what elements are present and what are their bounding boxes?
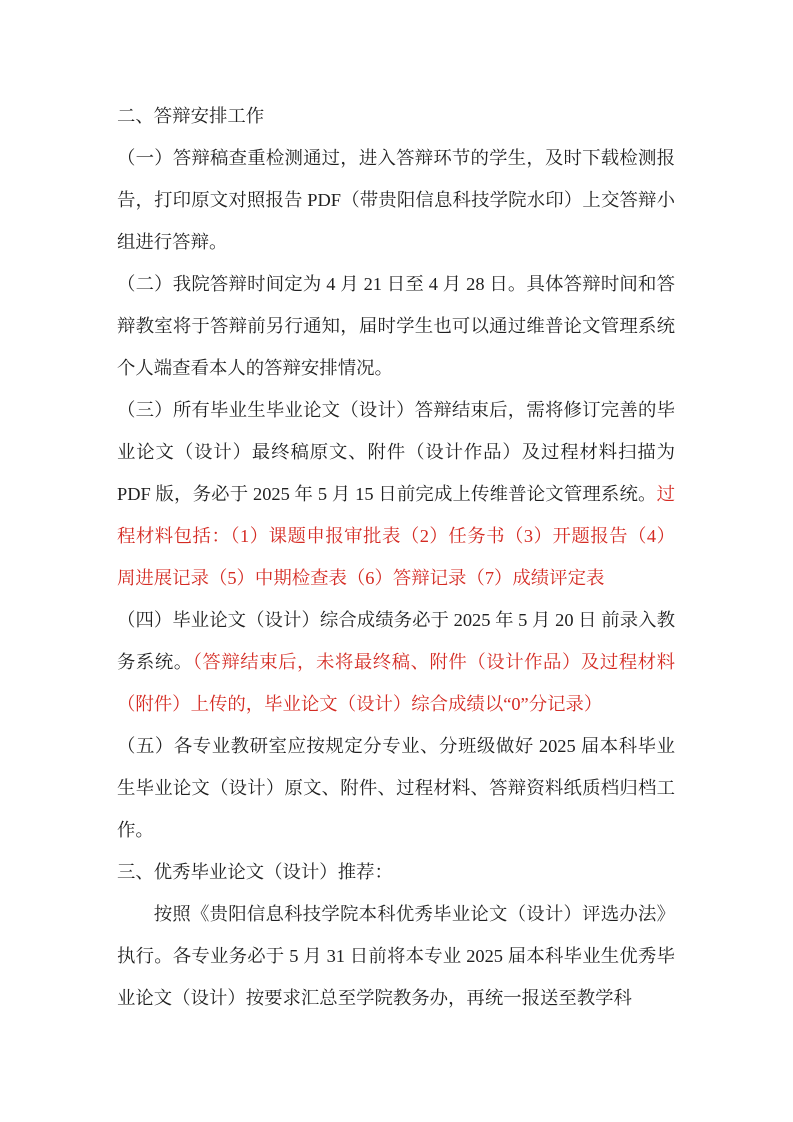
section2-item3-text: （三）所有毕业生毕业论文（设计）答辩结束后，需将修订完善的毕业论文（设计）最终稿… (117, 400, 675, 504)
section3-heading: 三、优秀毕业论文（设计）推荐： (117, 851, 675, 893)
section3-body: 按照《贵阳信息科技学院本科优秀毕业论文（设计）评选办法》执行。各专业务必于 5 … (117, 893, 675, 1019)
section2-item3: （三）所有毕业生毕业论文（设计）答辩结束后，需将修订完善的毕业论文（设计）最终稿… (117, 389, 675, 599)
document-page: 二、答辩安排工作 （一）答辩稿查重检测通过，进入答辩环节的学生，及时下载检测报告… (0, 0, 793, 1122)
section2-item4: （四）毕业论文（设计）综合成绩务必于 2025 年 5 月 20 日 前录入教务… (117, 599, 675, 725)
section2-item1: （一）答辩稿查重检测通过，进入答辩环节的学生，及时下载检测报告，打印原文对照报告… (117, 137, 675, 263)
section2-item2: （二）我院答辩时间定为 4 月 21 日至 4 月 28 日。具体答辩时间和答辩… (117, 263, 675, 389)
section2-heading: 二、答辩安排工作 (117, 95, 675, 137)
section2-item5: （五）各专业教研室应按规定分专业、分班级做好 2025 届本科毕业生毕业论文（设… (117, 725, 675, 851)
document-body: 二、答辩安排工作 （一）答辩稿查重检测通过，进入答辩环节的学生，及时下载检测报告… (117, 95, 675, 1019)
section2-item4-red-note: （答辩结束后，未将最终稿、附件（设计作品）及过程材料（附件）上传的，毕业论文（设… (117, 652, 675, 714)
